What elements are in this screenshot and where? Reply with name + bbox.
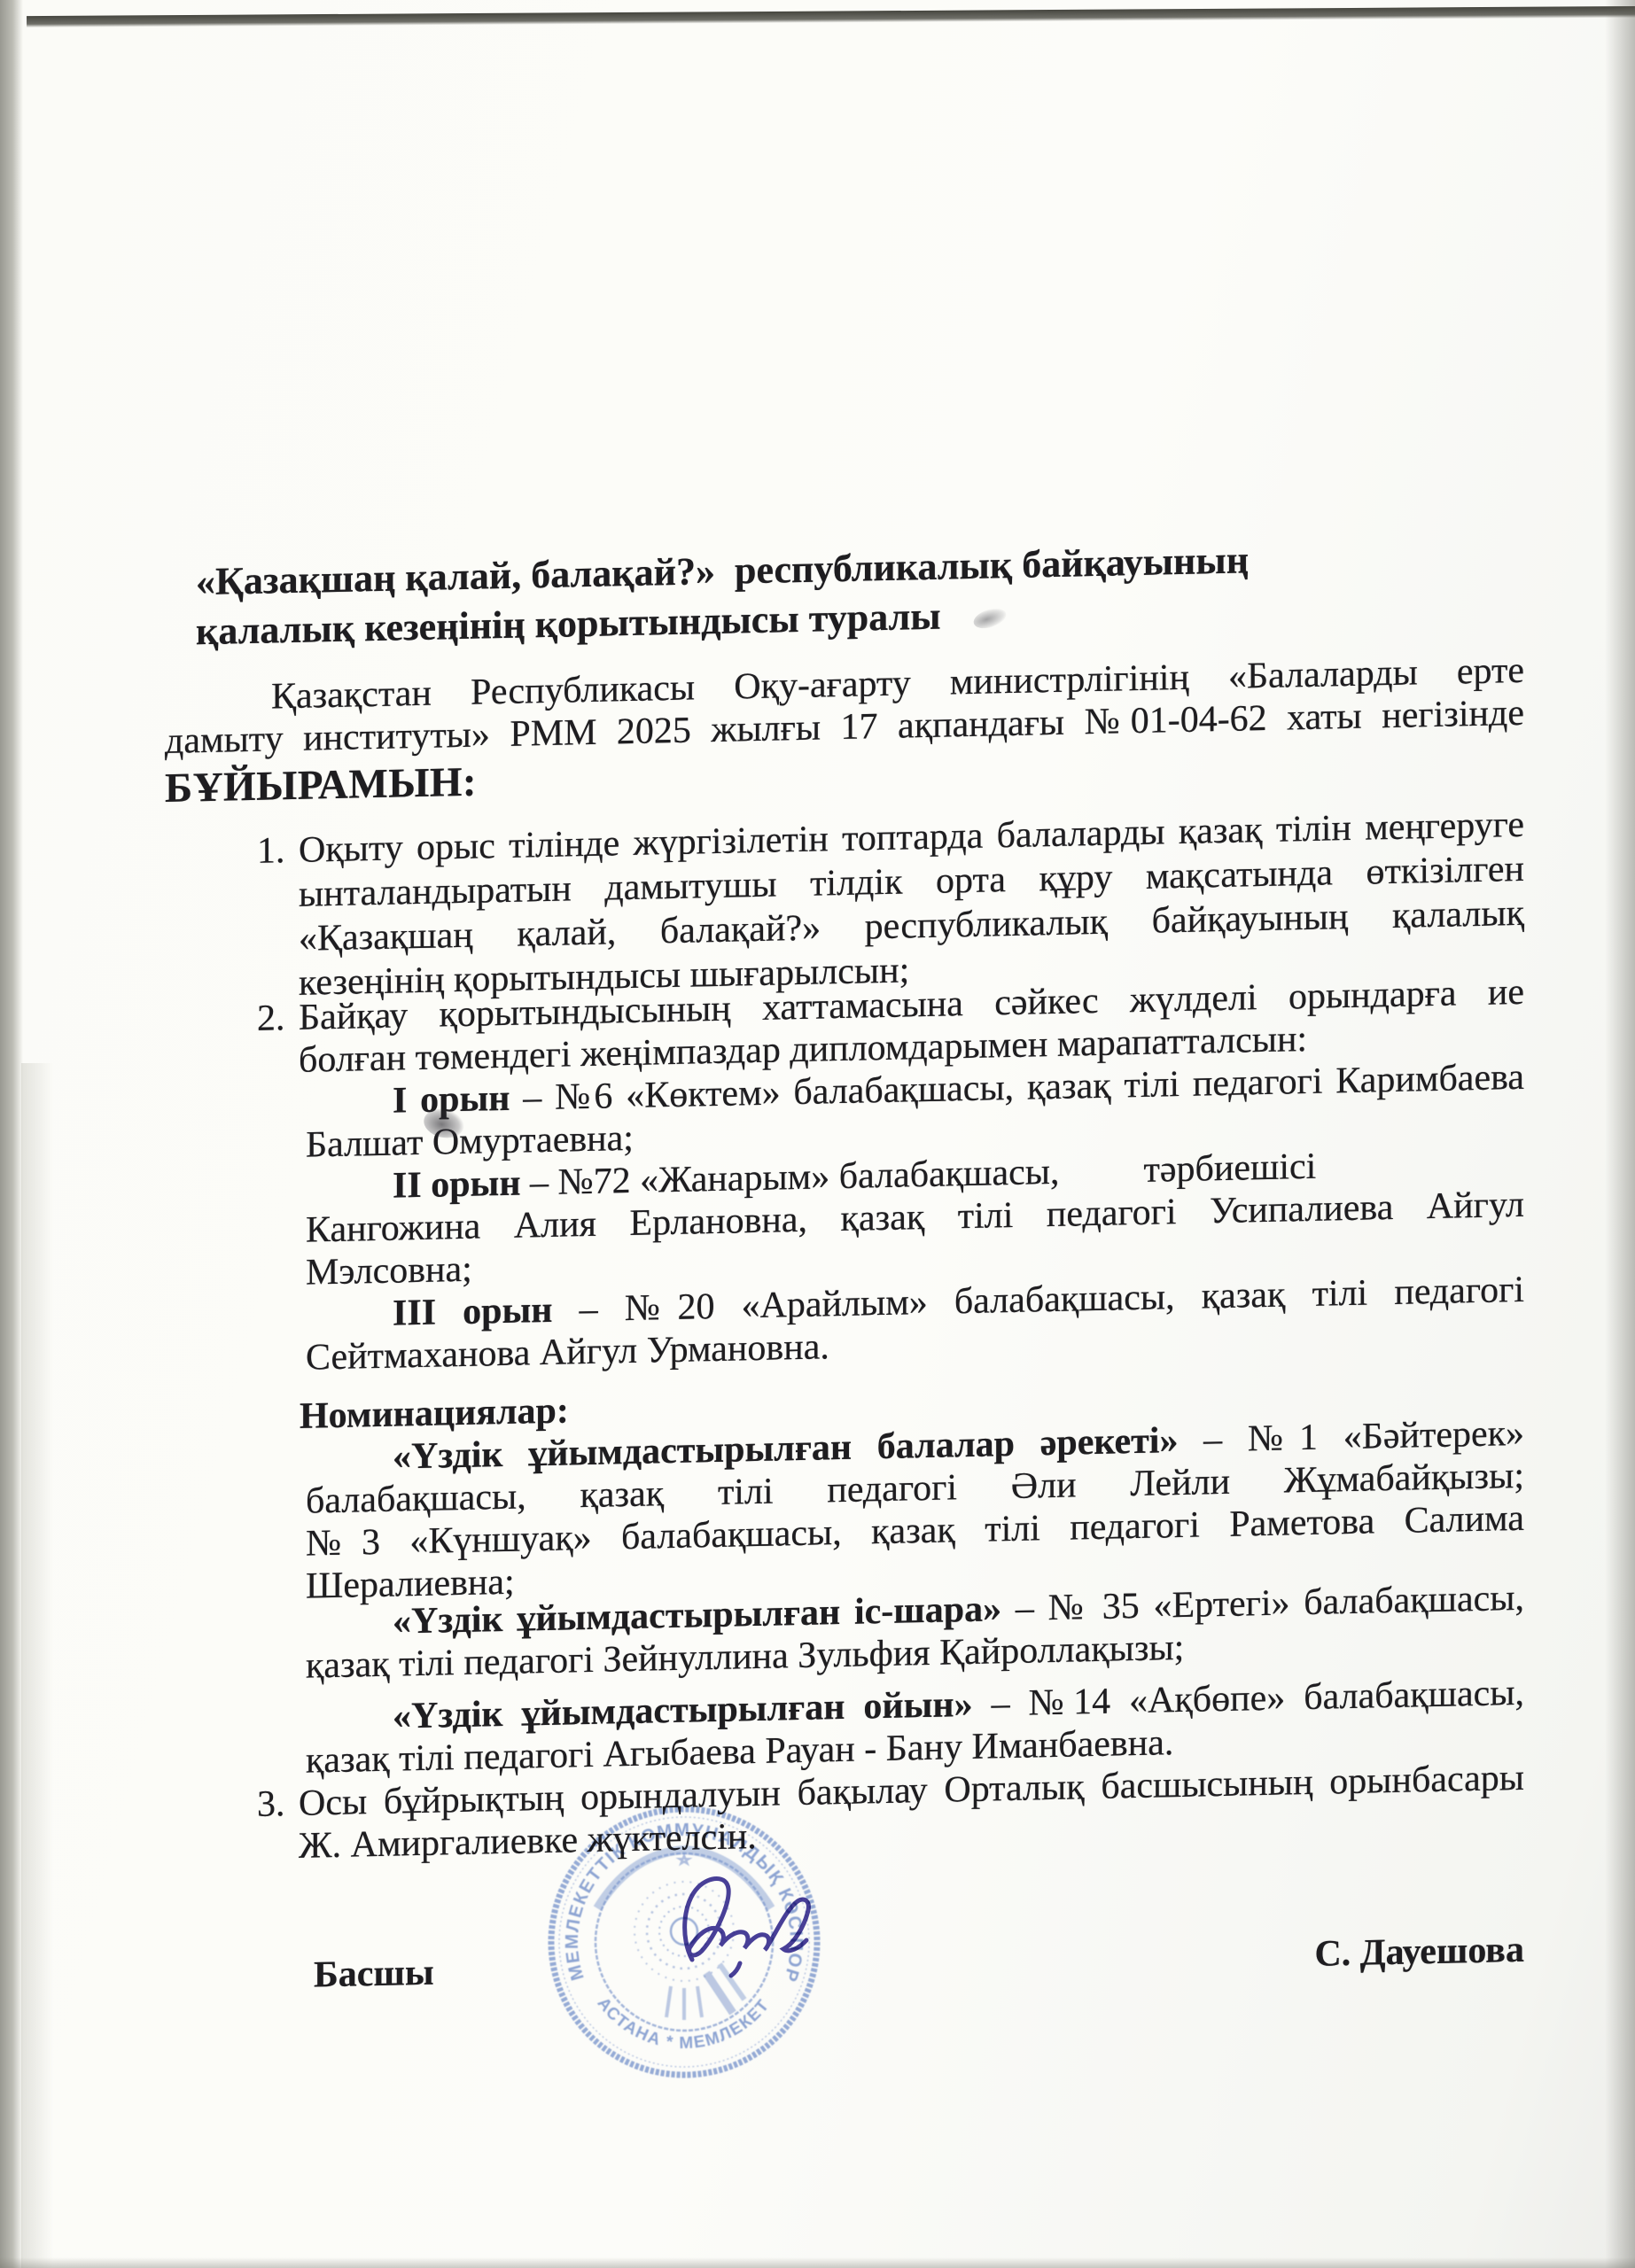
scan-left-edge-shadow: [0, 0, 23, 2268]
signature-comma-stroke: [731, 1963, 740, 1976]
signer-role: Басшы: [314, 1952, 434, 1997]
signer-name: С. Дауешова: [1314, 1929, 1524, 1976]
winner-3-place-label: III орын: [393, 1290, 553, 1334]
scan-right-edge-shadow: [1605, 0, 1635, 2268]
item-1-number: 1.: [257, 828, 285, 874]
tab-gap: [1060, 1182, 1144, 1184]
nomination-1-text: – №1 «Бәйтерек»: [1203, 1413, 1524, 1461]
signature-stroke-graphic: [656, 1860, 851, 2011]
item-3-number: 3.: [257, 1783, 285, 1826]
scan-top-edge-shadow: [27, 6, 1635, 27]
scan-left-edge-light-strip: [21, 1063, 53, 2268]
winner-2-text-tail: тәрбиешісі: [1144, 1146, 1317, 1191]
signature-main-stroke: [685, 1879, 809, 1961]
scan-bottom-edge-shadow: [0, 2257, 1635, 2268]
item-2-number: 2.: [257, 997, 285, 1040]
handwritten-signature: [656, 1860, 851, 2011]
scanned-document-page: «Қазақшаң қалай, балақай?» республикалық…: [0, 0, 1635, 2268]
document-title: «Қазақшаң қалай, балақай?» республикалық…: [196, 530, 1524, 656]
winner-2-place-label: II орын: [393, 1163, 521, 1207]
document-content: «Қазақшаң қалай, балақай?» республикалық…: [165, 530, 1524, 2000]
